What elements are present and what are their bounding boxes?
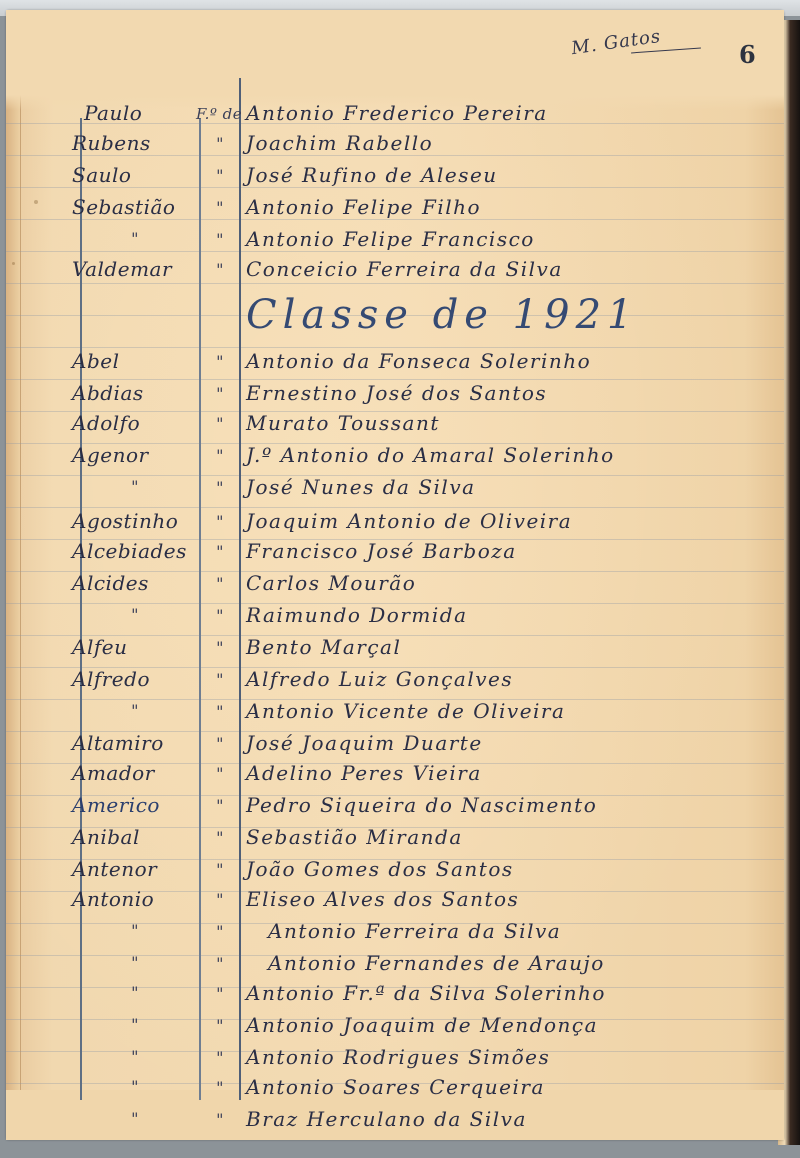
father-name: José Rufino de Aleseu — [246, 162, 498, 188]
first-name: " — [72, 918, 198, 944]
ledger-row: Paulo F.º de Antonio Frederico Pereira — [6, 96, 784, 126]
father-name: João Gomes dos Santos — [246, 856, 514, 882]
first-name: Altamiro — [72, 730, 198, 756]
first-name: " — [72, 602, 198, 628]
father-name: Antonio Felipe Filho — [246, 194, 481, 220]
first-name: " — [72, 1106, 198, 1132]
ledger-row: Sebastião " Antonio Felipe Filho — [6, 190, 784, 220]
father-name: Sebastião Miranda — [246, 824, 463, 850]
first-name: " — [72, 698, 198, 724]
relation: F.º de — [196, 102, 236, 126]
father-name: Francisco José Barboza — [246, 538, 517, 564]
father-name: Eliseo Alves dos Santos — [246, 886, 519, 912]
first-name: Abdias — [72, 380, 198, 406]
ledger-row: " " Antonio Vicente de Oliveira — [6, 694, 784, 724]
ledger-row: " " Antonio Fr.ª da Silva Solerinho — [6, 976, 784, 1006]
father-name: Murato Toussant — [246, 410, 440, 436]
father-name: Antonio Vicente de Oliveira — [246, 698, 565, 724]
ledger-row: Rubens " Joachim Rabello — [6, 126, 784, 156]
ledger-row: " " Antonio Felipe Francisco — [6, 222, 784, 252]
father-name: Antonio Joaquim de Mendonça — [246, 1012, 598, 1038]
ledger-row: Alcides " Carlos Mourão — [6, 566, 784, 596]
relation: " — [206, 164, 234, 188]
relation: " — [206, 196, 234, 220]
father-name: Ernestino José dos Santos — [246, 380, 547, 406]
father-name: José Joaquim Duarte — [246, 730, 483, 756]
ledger-row: " " José Nunes da Silva — [6, 470, 784, 500]
relation: " — [206, 762, 234, 786]
relation: " — [206, 732, 234, 756]
relation: " — [206, 604, 234, 628]
first-name: Alfeu — [72, 634, 198, 660]
ink-dot — [34, 200, 38, 204]
page-number: 6 — [739, 40, 756, 69]
ledger-row: Anibal " Sebastião Miranda — [6, 820, 784, 850]
first-name: " — [72, 474, 198, 500]
top-margin — [6, 10, 784, 110]
first-name: Adolfo — [72, 410, 198, 436]
ledger-row: " " Braz Herculano da Silva — [6, 1102, 784, 1132]
relation: " — [206, 794, 234, 818]
first-name: Amador — [72, 760, 198, 786]
ledger-row: " " Antonio Rodrigues Simões — [6, 1040, 784, 1070]
ledger-row: " " Raimundo Dormida — [6, 598, 784, 628]
relation: " — [206, 444, 234, 468]
ledger-row: Alcebiades " Francisco José Barboza — [6, 534, 784, 564]
first-name: Agenor — [72, 442, 198, 468]
relation: " — [206, 1108, 234, 1132]
first-name: Anibal — [72, 824, 198, 850]
ledger-row: Alfeu " Bento Marçal — [6, 630, 784, 660]
father-name: Antonio Soares Cerqueira — [246, 1074, 545, 1100]
first-name: Alcebiades — [72, 538, 198, 564]
father-name: Antonio da Fonseca Solerinho — [246, 348, 591, 374]
relation: " — [206, 636, 234, 660]
first-name: Americo — [72, 792, 198, 818]
father-name: Antonio Fr.ª da Silva Solerinho — [246, 980, 606, 1006]
father-name: Bento Marçal — [246, 634, 401, 660]
father-name: J.º Antonio do Amaral Solerinho — [246, 442, 615, 468]
father-name: Antonio Felipe Francisco — [246, 226, 535, 252]
ledger-row: Amador " Adelino Peres Vieira — [6, 756, 784, 786]
first-name: Sebastião — [72, 194, 198, 220]
relation: " — [206, 228, 234, 252]
relation: " — [206, 1014, 234, 1038]
relation: " — [206, 382, 234, 406]
relation: " — [206, 540, 234, 564]
father-name: Braz Herculano da Silva — [246, 1106, 527, 1132]
ink-dot — [12, 262, 15, 265]
ledger-page: M. Gatos 6 Paulo F.º de Antonio Frederic… — [6, 10, 784, 1140]
relation: " — [206, 858, 234, 882]
first-name: Alcides — [72, 570, 198, 596]
relation: " — [206, 700, 234, 724]
relation: " — [206, 982, 234, 1006]
ledger-row: Adolfo " Murato Toussant — [6, 406, 784, 436]
father-name: Adelino Peres Vieira — [246, 760, 482, 786]
first-name: " — [72, 1074, 198, 1100]
first-name: Abel — [72, 348, 198, 374]
father-name: Alfredo Luiz Gonçalves — [246, 666, 513, 692]
father-name: Antonio Frederico Pereira — [246, 100, 548, 126]
ledger-row: Abel " Antonio da Fonseca Solerinho — [6, 344, 784, 374]
father-name: Antonio Fernandes de Araujo — [268, 950, 605, 976]
relation: " — [206, 1046, 234, 1070]
section-heading: Classe de 1921 — [246, 292, 638, 338]
father-name: Pedro Siqueira do Nascimento — [246, 792, 597, 818]
father-name: Conceicio Ferreira da Silva — [246, 256, 563, 282]
first-name: Antonio — [72, 886, 198, 912]
father-name: Antonio Rodrigues Simões — [246, 1044, 550, 1070]
ledger-row: Agenor " J.º Antonio do Amaral Solerinho — [6, 438, 784, 468]
relation: " — [206, 668, 234, 692]
relation: " — [206, 132, 234, 156]
ledger-row: Altamiro " José Joaquim Duarte — [6, 726, 784, 756]
relation: " — [206, 920, 234, 944]
ledger-row: " " Antonio Ferreira da Silva — [6, 914, 784, 944]
relation: " — [206, 258, 234, 282]
ledger-row: " " Antonio Soares Cerqueira — [6, 1070, 784, 1100]
first-name: Saulo — [72, 162, 198, 188]
relation: " — [206, 350, 234, 374]
relation: " — [206, 888, 234, 912]
first-name: Alfredo — [72, 666, 198, 692]
first-name: Valdemar — [72, 256, 198, 282]
ledger-row: Valdemar " Conceicio Ferreira da Silva — [6, 252, 784, 282]
ledger-row: Alfredo " Alfredo Luiz Gonçalves — [6, 662, 784, 692]
first-name: " — [72, 980, 198, 1006]
first-name: " — [72, 1012, 198, 1038]
ledger-row: Antenor " João Gomes dos Santos — [6, 852, 784, 882]
first-name: Agostinho — [72, 508, 198, 534]
ledger-row: " " Antonio Fernandes de Araujo — [6, 946, 784, 976]
ledger-row: Saulo " José Rufino de Aleseu — [6, 158, 784, 188]
father-name: Antonio Ferreira da Silva — [268, 918, 561, 944]
father-name: José Nunes da Silva — [246, 474, 476, 500]
father-name: Joachim Rabello — [246, 130, 433, 156]
first-name: " — [72, 226, 198, 252]
ledger-row: " " Antonio Joaquim de Mendonça — [6, 1008, 784, 1038]
relation: " — [206, 826, 234, 850]
father-name: Joaquim Antonio de Oliveira — [246, 508, 572, 534]
father-name: Raimundo Dormida — [246, 602, 468, 628]
first-name: Rubens — [72, 130, 198, 156]
father-name: Carlos Mourão — [246, 570, 416, 596]
first-name: " — [72, 950, 198, 976]
ledger-row: Agostinho " Joaquim Antonio de Oliveira — [6, 504, 784, 534]
ledger-row: Antonio " Eliseo Alves dos Santos — [6, 882, 784, 912]
first-name: " — [72, 1044, 198, 1070]
relation: " — [206, 412, 234, 436]
ledger-row: Americo " Pedro Siqueira do Nascimento — [6, 788, 784, 818]
relation: " — [206, 572, 234, 596]
relation: " — [206, 1076, 234, 1100]
relation: " — [206, 476, 234, 500]
relation: " — [206, 510, 234, 534]
relation: " — [206, 952, 234, 976]
first-name: Antenor — [72, 856, 198, 882]
first-name: Paulo — [84, 100, 210, 126]
ledger-row: Abdias " Ernestino José dos Santos — [6, 376, 784, 406]
